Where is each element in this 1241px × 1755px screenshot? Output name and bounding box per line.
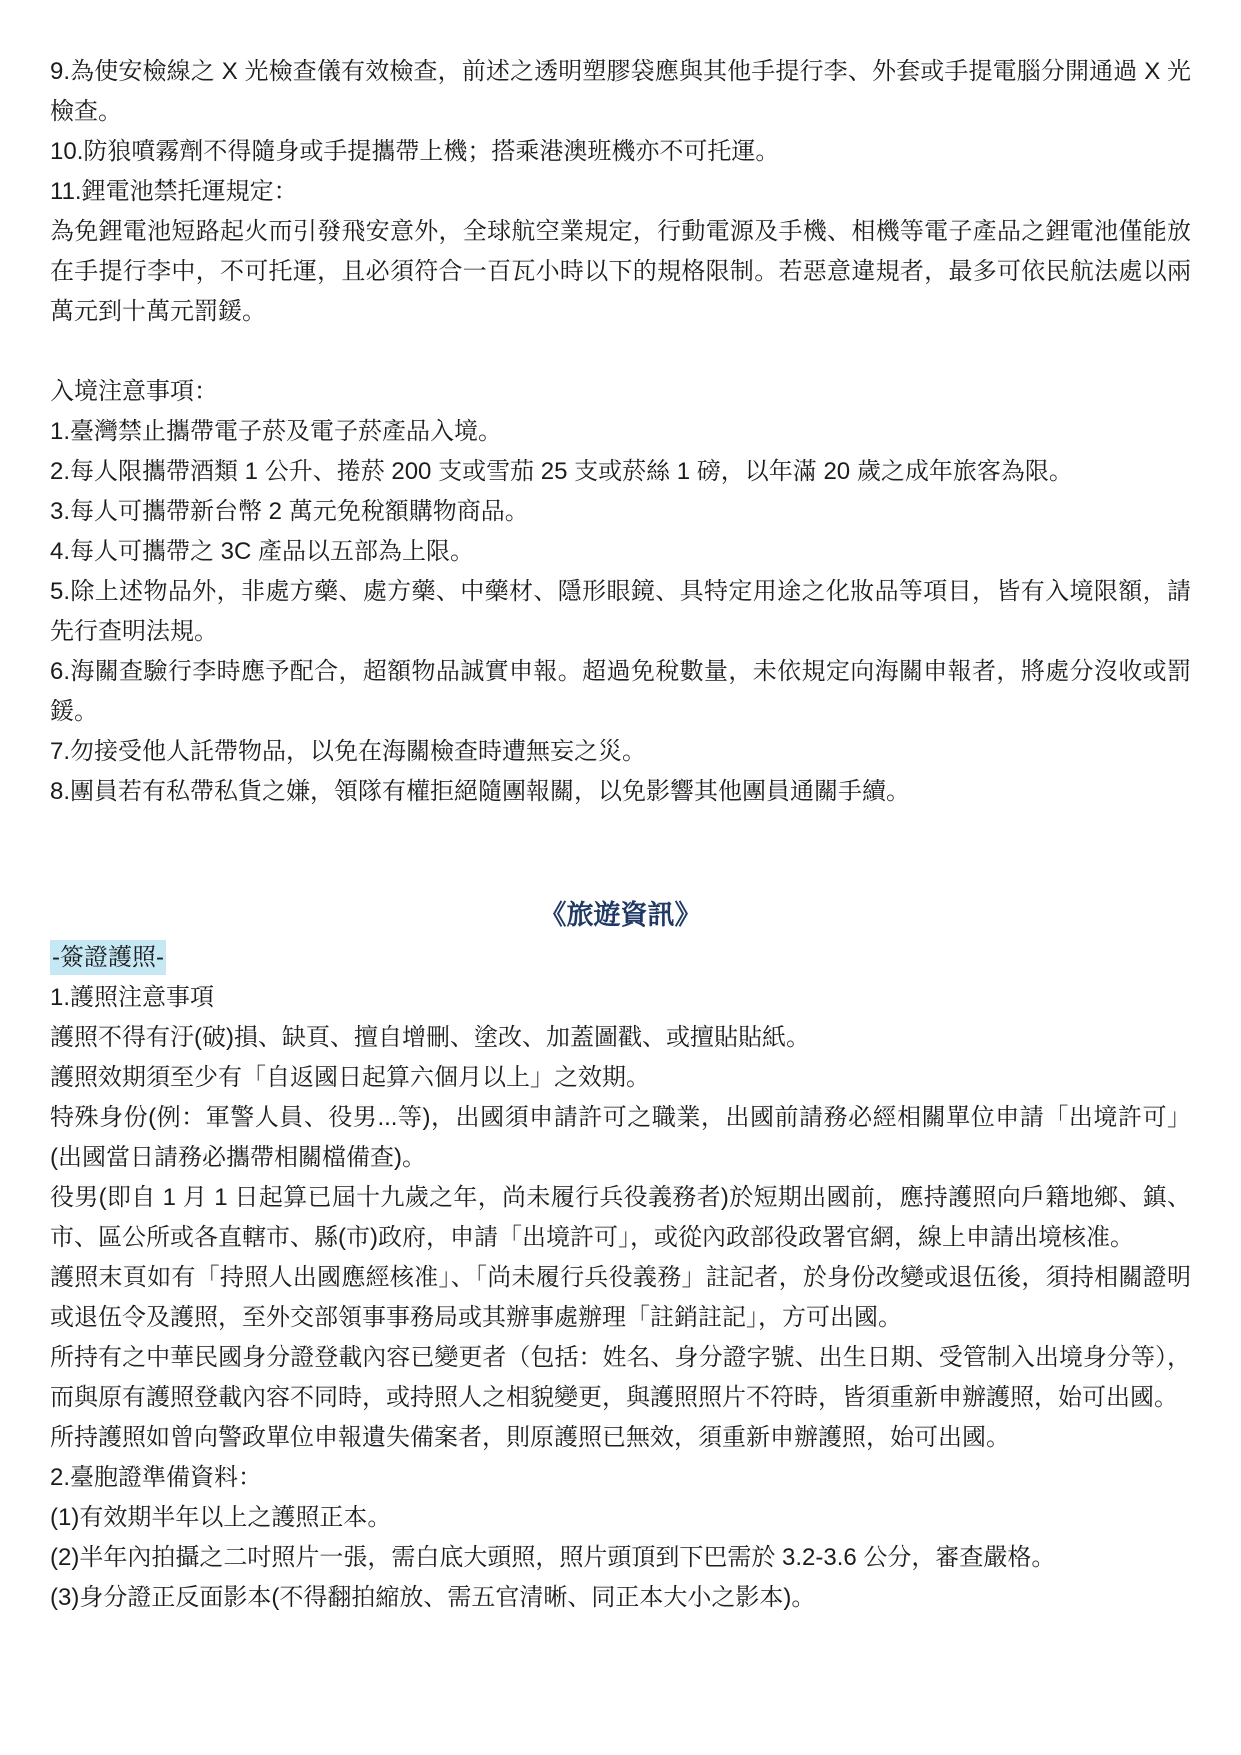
passport-notes-title: 1.護照注意事項 [50,978,1191,1018]
paragraph-lithium-battery-body: 為免鋰電池短路起火而引發飛安意外，全球航空業規定，行動電源及手機、相機等電子產品… [50,212,1191,332]
taibao-item-2: (2)半年內拍攝之二吋照片一張，需白底大頭照，照片頭頂到下巴需於 3.2-3.6… [50,1538,1191,1578]
taibao-item-3: (3)身分證正反面影本(不得翻拍縮放、需五官清晰、同正本大小之影本)。 [50,1578,1191,1618]
entry-item-6: 6.海關查驗行李時應予配合，超額物品誠實申報。超過免稅數量，未依規定向海關申報者… [50,652,1191,732]
entry-item-5: 5.除上述物品外，非處方藥、處方藥、中藥材、隱形眼鏡、具特定用途之化妝品等項目，… [50,572,1191,652]
entry-item-7: 7.勿接受他人託帶物品，以免在海關檢查時遭無妄之災。 [50,732,1191,772]
passport-para-id-change: 所持有之中華民國身分證登載內容已變更者（包括：姓名、身分證字號、出生日期、受管制… [50,1338,1191,1418]
paragraph-lithium-battery-title: 11.鋰電池禁托運規定： [50,172,1191,212]
entry-item-4: 4.每人可攜帶之 3C 產品以五部為上限。 [50,532,1191,572]
travel-info-title: 《旅遊資訊》 [50,892,1191,938]
entry-notes-header: 入境注意事項： [50,372,1191,412]
entry-item-2: 2.每人限攜帶酒類 1 公升、捲菸 200 支或雪茄 25 支或菸絲 1 磅，以… [50,452,1191,492]
taibao-item-1: (1)有效期半年以上之護照正本。 [50,1498,1191,1538]
passport-para-endorsement: 護照末頁如有「持照人出國應經核准」、「尚未履行兵役義務」註記者，於身份改變或退伍… [50,1258,1191,1338]
passport-para-special-status: 特殊身份(例：軍警人員、役男...等)，出國須申請許可之職業，出國前請務必經相關… [50,1098,1191,1178]
passport-para-draftees: 役男(即自 1 月 1 日起算已屆十九歲之年，尚未履行兵役義務者)於短期出國前，… [50,1178,1191,1258]
visa-passport-line: -簽證護照- [50,938,1191,978]
entry-item-8: 8.團員若有私帶私貨之嫌，領隊有權拒絕隨團報關，以免影響其他團員通關手續。 [50,772,1191,812]
entry-item-3: 3.每人可攜帶新台幣 2 萬元免稅額購物商品。 [50,492,1191,532]
passport-para-damage: 護照不得有汙(破)損、缺頁、擅自增刪、塗改、加蓋圖戳、或擅貼貼紙。 [50,1018,1191,1058]
entry-item-1: 1.臺灣禁止攜帶電子菸及電子菸產品入境。 [50,412,1191,452]
document-page: 9.為使安檢線之 X 光檢查儀有效檢查，前述之透明塑膠袋應與其他手提行李、外套或… [0,0,1241,1755]
blank-line [50,332,1191,372]
blank-line [50,812,1191,852]
taibao-title: 2.臺胞證準備資料： [50,1458,1191,1498]
paragraph-xray-inspection: 9.為使安檢線之 X 光檢查儀有效檢查，前述之透明塑膠袋應與其他手提行李、外套或… [50,52,1191,132]
visa-passport-highlight: -簽證護照- [50,940,166,975]
passport-para-validity: 護照效期須至少有「自返國日起算六個月以上」之效期。 [50,1058,1191,1098]
passport-para-lost-report: 所持護照如曾向警政單位申報遺失備案者，則原護照已無效，須重新申辦護照，始可出國。 [50,1418,1191,1458]
blank-line [50,852,1191,892]
paragraph-pepper-spray: 10.防狼噴霧劑不得隨身或手提攜帶上機；搭乘港澳班機亦不可托運。 [50,132,1191,172]
